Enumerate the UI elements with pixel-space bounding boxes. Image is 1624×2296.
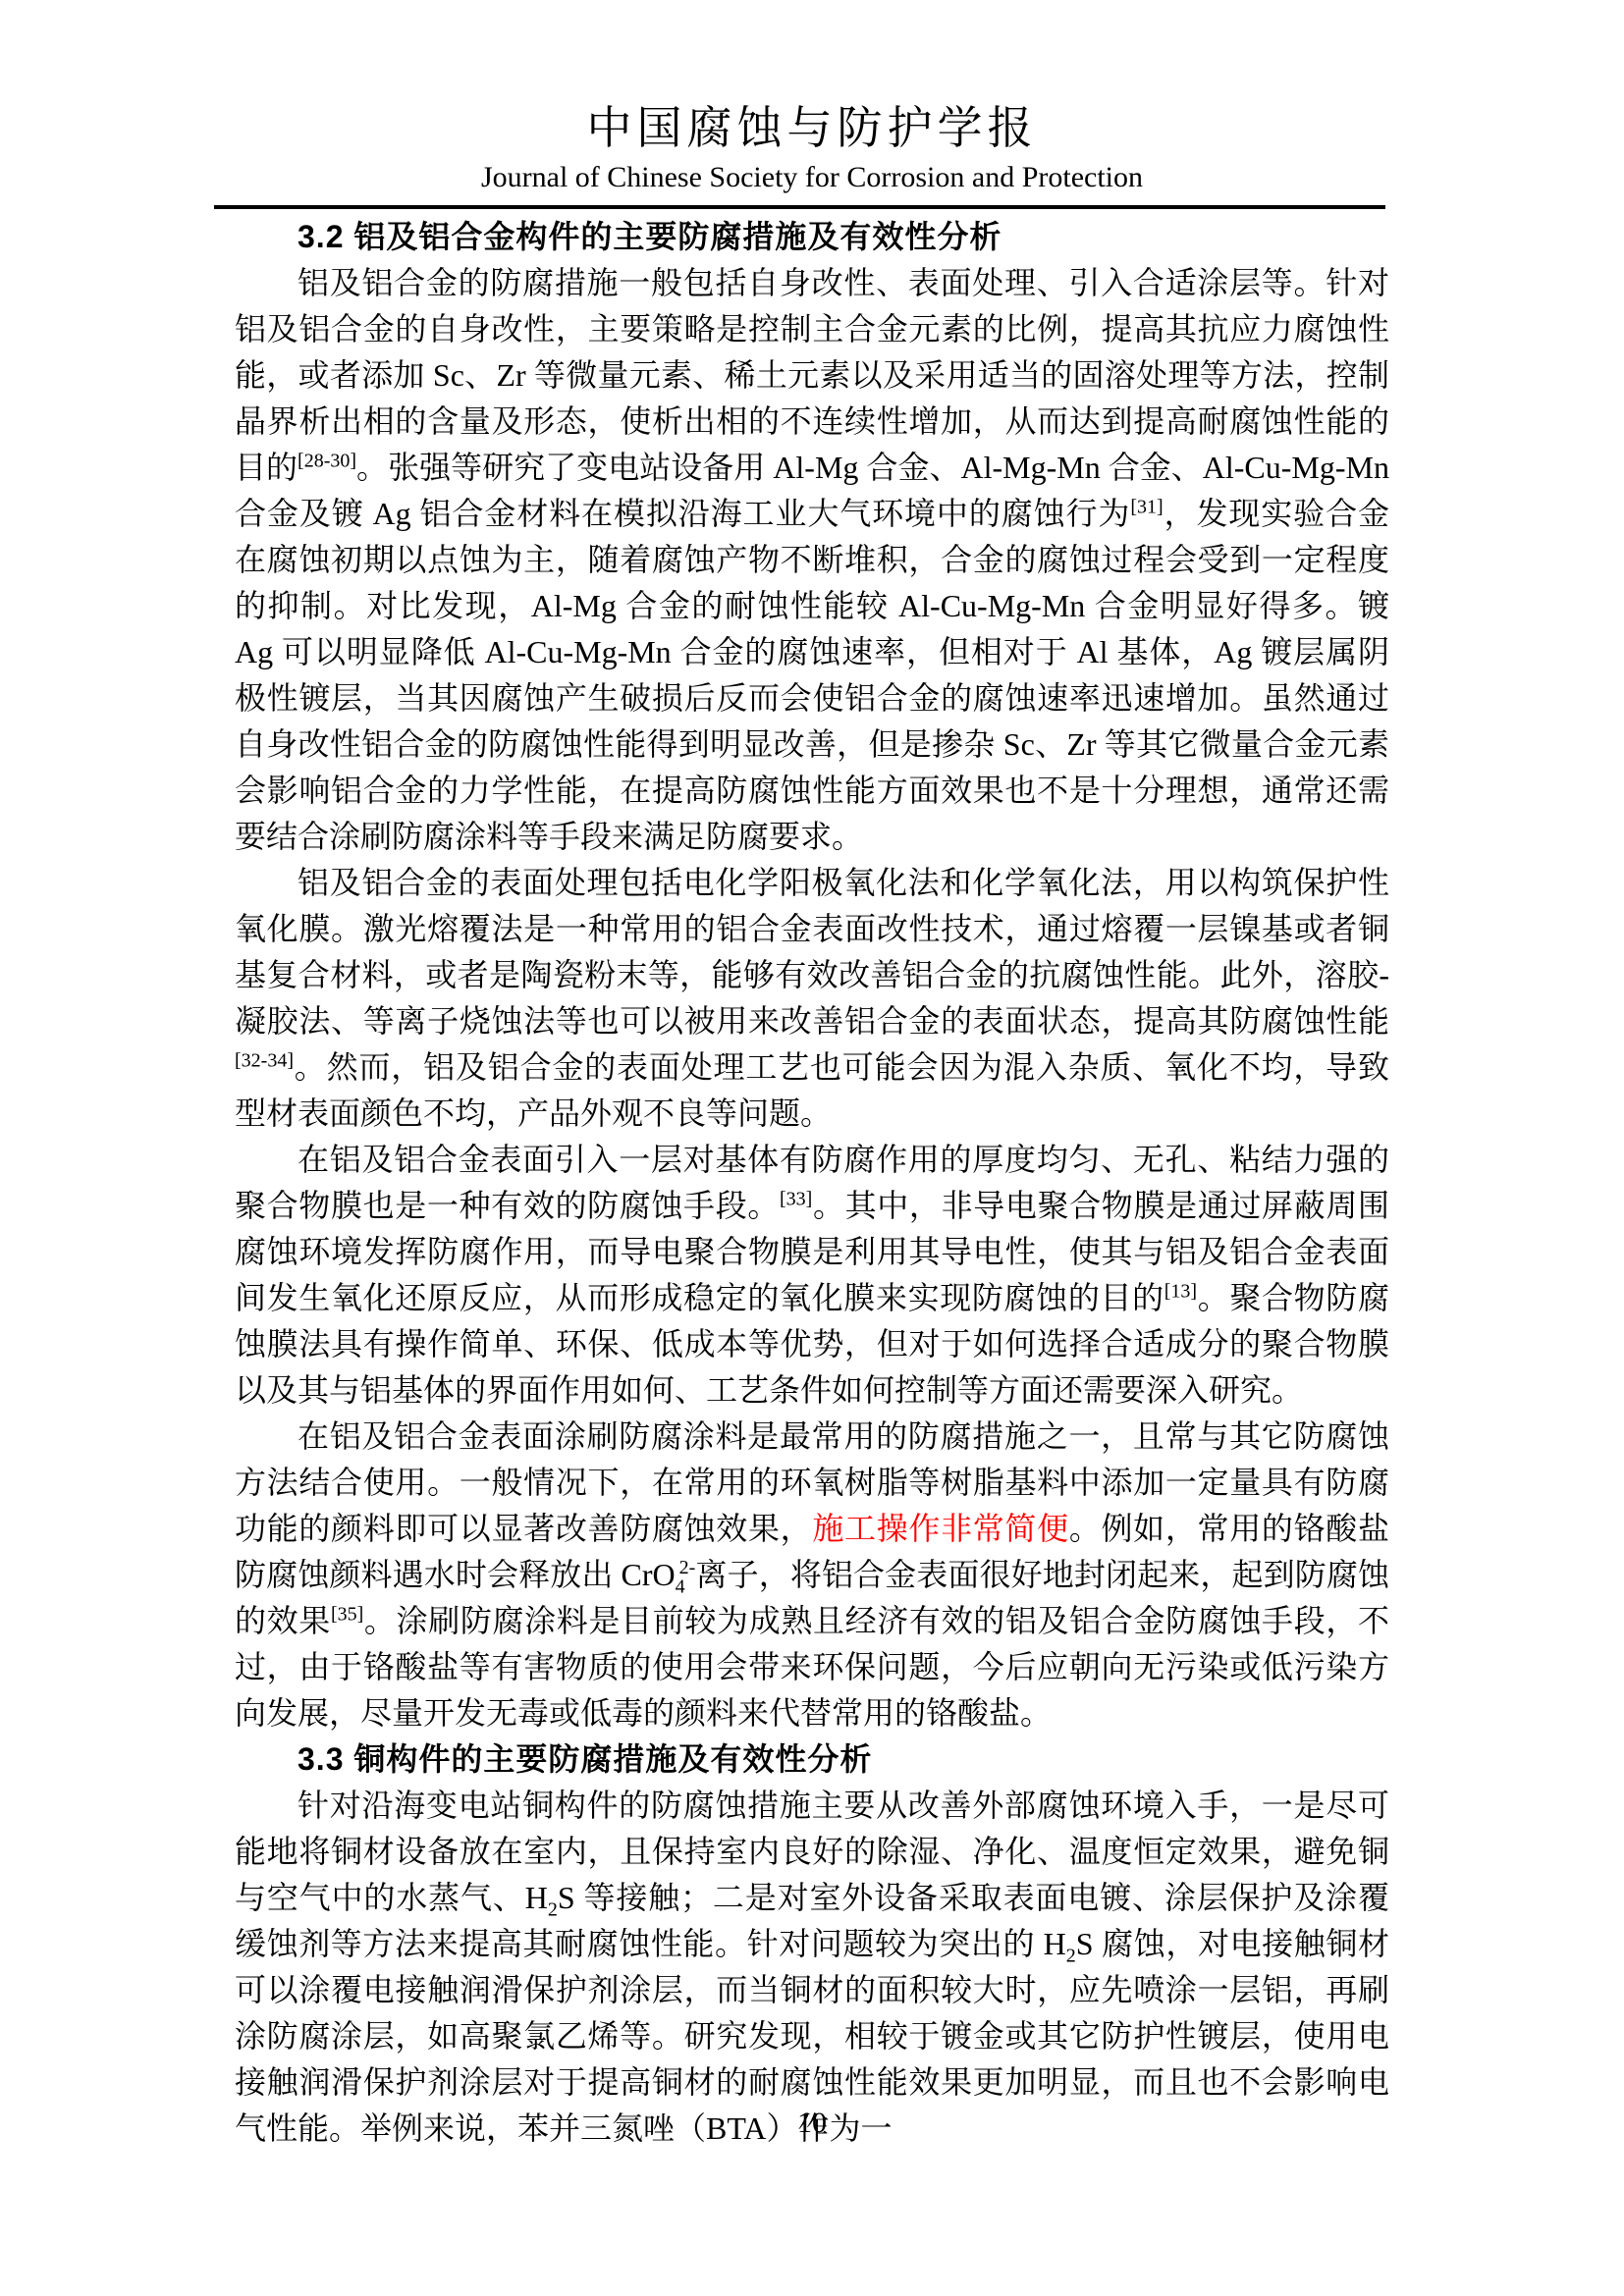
article-body: 3.2 铝及铝合金构件的主要防腐措施及有效性分析铝及铝合金的防腐措施一般包括自身… [235, 214, 1389, 2152]
paragraph-aluminum-self-modification: 铝及铝合金的防腐措施一般包括自身改性、表面处理、引入合适涂层等。针对铝及铝合金的… [235, 260, 1389, 860]
text-run: 。涂刷防腐涂料是目前较为成熟且经济有效的铝及铝合金防腐蚀手段，不过，由于铬酸盐等… [235, 1603, 1389, 1731]
paragraph-copper-protection: 针对沿海变电站铜构件的防腐蚀措施主要从改善外部腐蚀环境入手，一是尽可能地将铜材设… [235, 1783, 1389, 2152]
superscript-text: [32-34] [235, 1049, 294, 1071]
text-run: 。然而，铝及铝合金的表面处理工艺也可能会因为混入杂质、氧化不均，导致型材表面颜色… [235, 1049, 1389, 1131]
journal-title-zh: 中国腐蚀与防护学报 [0, 104, 1624, 153]
section-heading-3-2: 3.2 铝及铝合金构件的主要防腐措施及有效性分析 [235, 214, 1389, 260]
superscript-text: [31] [1130, 496, 1163, 517]
text-run: 铝及铝合金的表面处理包括电化学阳极氧化法和化学氧化法，用以构筑保护性氧化膜。激光… [235, 865, 1389, 1039]
superscript-text: [33] [780, 1188, 812, 1209]
subscript-text: 4 [676, 1575, 685, 1597]
highlighted-text: 施工操作非常简便 [812, 1511, 1068, 1546]
page-number: 10 [0, 2107, 1624, 2140]
subscript-text: 2 [1066, 1945, 1076, 1966]
paragraph-aluminum-surface-treatment: 铝及铝合金的表面处理包括电化学阳极氧化法和化学氧化法，用以构筑保护性氧化膜。激光… [235, 860, 1389, 1137]
subscript-text: 2 [548, 1898, 558, 1920]
paragraph-anticorrosion-coating: 在铝及铝合金表面涂刷防腐涂料是最常用的防腐措施之一，且常与其它防腐蚀方法结合使用… [235, 1414, 1389, 1736]
superscript-text: [28-30] [298, 450, 356, 471]
section-heading-3-3: 3.3 铜构件的主要防腐措施及有效性分析 [235, 1736, 1389, 1783]
superscript-text: [35] [331, 1603, 363, 1625]
text-run: ，发现实验合金在腐蚀初期以点蚀为主，随着腐蚀产物不断堆积，合金的腐蚀过程会受到一… [235, 496, 1389, 854]
header-rule [214, 205, 1385, 209]
journal-header: 中国腐蚀与防护学报 Journal of Chinese Society for… [0, 0, 1624, 209]
superscript-text: 2- [679, 1557, 696, 1578]
superscript-text: [13] [1164, 1280, 1197, 1302]
journal-title-en: Journal of Chinese Society for Corrosion… [0, 161, 1624, 194]
text-run: 3.3 铜构件的主要防腐措施及有效性分析 [298, 1741, 872, 1777]
paragraph-polymer-film: 在铝及铝合金表面引入一层对基体有防腐作用的厚度均匀、无孔、粘结力强的聚合物膜也是… [235, 1137, 1389, 1414]
journal-page: 中国腐蚀与防护学报 Journal of Chinese Society for… [0, 0, 1624, 2296]
text-run: 3.2 铝及铝合金构件的主要防腐措施及有效性分析 [298, 219, 1001, 254]
